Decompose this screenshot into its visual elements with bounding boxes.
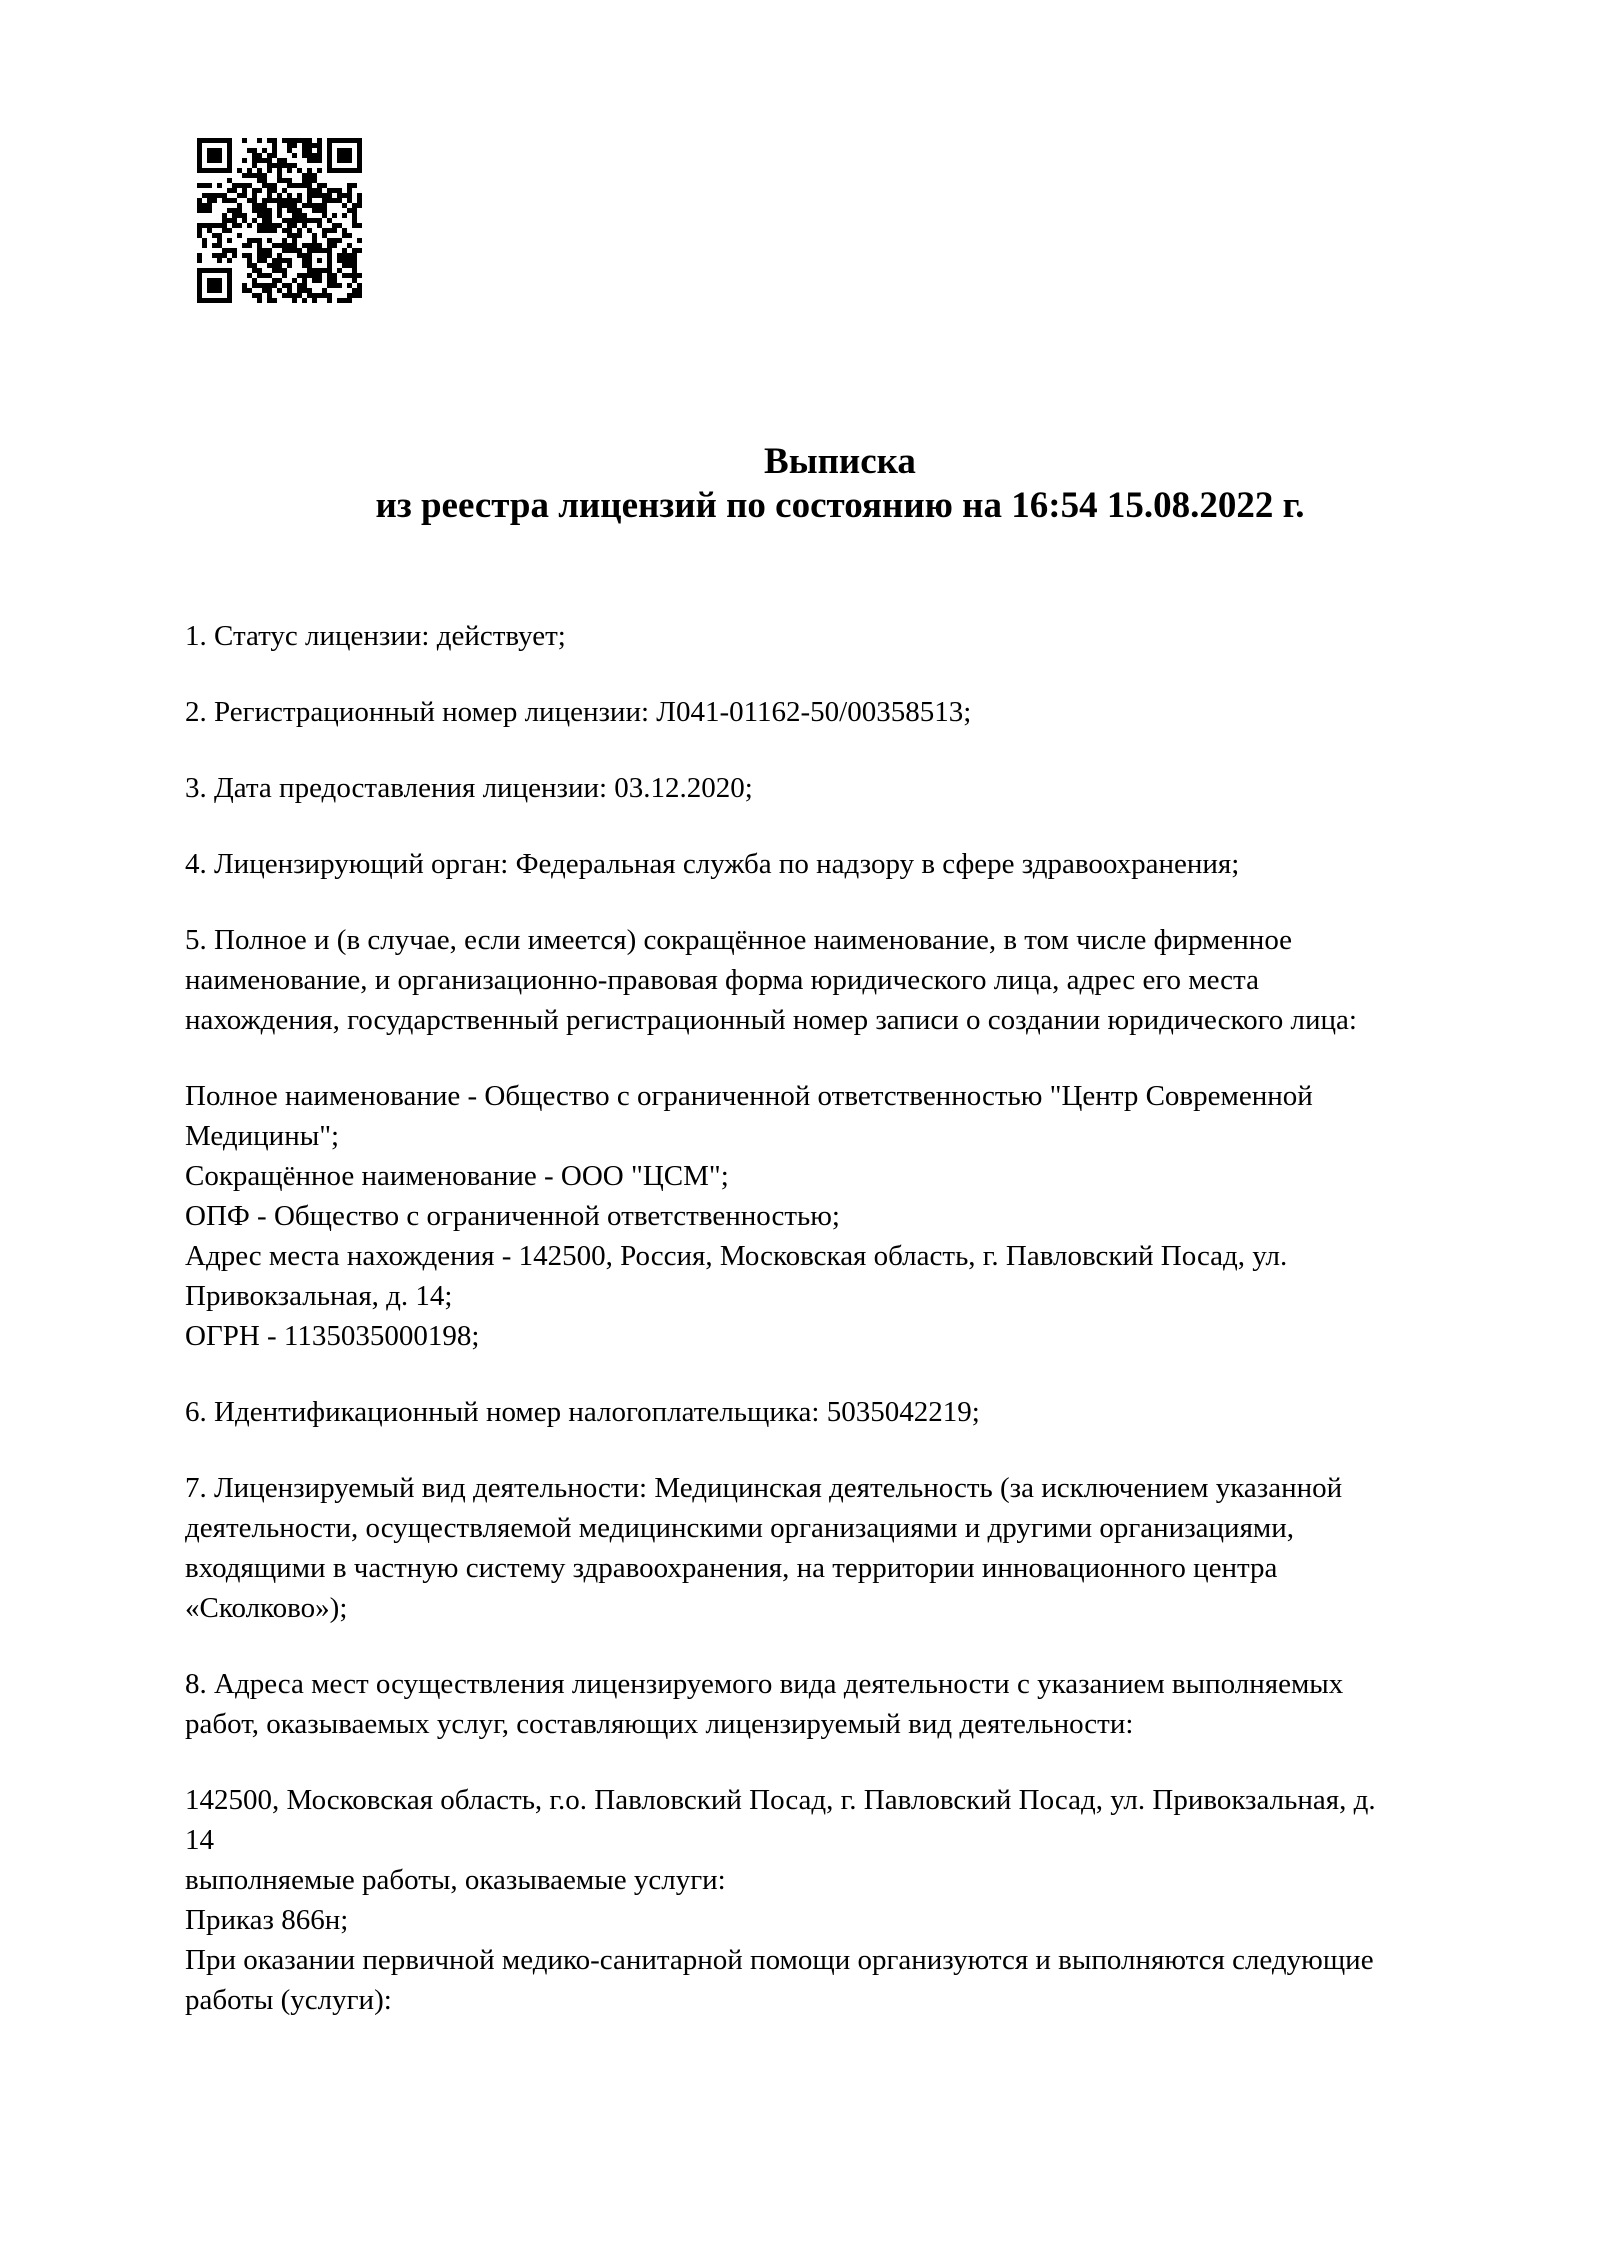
text-line: Приказ 866н; [185, 1900, 1495, 1940]
text-line: работы (услуги): [185, 1980, 1495, 2020]
text-line: 1. Статус лицензии: действует; [185, 616, 1495, 656]
text-line: наименование, и организационно-правовая … [185, 960, 1495, 1000]
paragraph: 1. Статус лицензии: действует; [185, 616, 1495, 656]
text-line: выполняемые работы, оказываемые услуги: [185, 1860, 1495, 1900]
paragraph: 7. Лицензируемый вид деятельности: Медиц… [185, 1468, 1495, 1628]
qr-code-image [197, 138, 362, 303]
text-line: ОГРН - 1135035000198; [185, 1316, 1495, 1356]
title-line-1: Выписка [185, 440, 1495, 484]
text-line: входящими в частную систему здравоохране… [185, 1548, 1495, 1588]
paragraph: 6. Идентификационный номер налогоплатель… [185, 1392, 1495, 1432]
document-title: Выписка из реестра лицензий по состоянию… [185, 440, 1495, 528]
paragraph: 3. Дата предоставления лицензии: 03.12.2… [185, 768, 1495, 808]
text-line: нахождения, государственный регистрацион… [185, 1000, 1495, 1040]
paragraph: 2. Регистрационный номер лицензии: Л041-… [185, 692, 1495, 732]
text-line: 3. Дата предоставления лицензии: 03.12.2… [185, 768, 1495, 808]
document-body: 1. Статус лицензии: действует;2. Регистр… [185, 616, 1495, 2020]
title-line-2: из реестра лицензий по состоянию на 16:5… [185, 484, 1495, 528]
paragraph: 4. Лицензирующий орган: Федеральная служ… [185, 844, 1495, 884]
text-line: ОПФ - Общество с ограниченной ответствен… [185, 1196, 1495, 1236]
paragraph: 8. Адреса мест осуществления лицензируем… [185, 1664, 1495, 1744]
text-line: «Сколково»); [185, 1588, 1495, 1628]
paragraph: 5. Полное и (в случае, если имеется) сок… [185, 920, 1495, 1040]
text-line: 14 [185, 1820, 1495, 1860]
paragraph: Полное наименование - Общество с огранич… [185, 1076, 1495, 1356]
text-line: Медицины"; [185, 1116, 1495, 1156]
text-line: Адрес места нахождения - 142500, Россия,… [185, 1236, 1495, 1276]
text-line: 4. Лицензирующий орган: Федеральная служ… [185, 844, 1495, 884]
document-content: Выписка из реестра лицензий по состоянию… [185, 440, 1495, 2056]
text-line: 2. Регистрационный номер лицензии: Л041-… [185, 692, 1495, 732]
document-page: Выписка из реестра лицензий по состоянию… [0, 0, 1600, 2264]
text-line: работ, оказываемых услуг, составляющих л… [185, 1704, 1495, 1744]
text-line: При оказании первичной медико-санитарной… [185, 1940, 1495, 1980]
text-line: 5. Полное и (в случае, если имеется) сок… [185, 920, 1495, 960]
text-line: Привокзальная, д. 14; [185, 1276, 1495, 1316]
text-line: деятельности, осуществляемой медицинским… [185, 1508, 1495, 1548]
paragraph: 142500, Московская область, г.о. Павловс… [185, 1780, 1495, 2020]
text-line: Сокращённое наименование - ООО "ЦСМ"; [185, 1156, 1495, 1196]
text-line: Полное наименование - Общество с огранич… [185, 1076, 1495, 1116]
text-line: 7. Лицензируемый вид деятельности: Медиц… [185, 1468, 1495, 1508]
text-line: 142500, Московская область, г.о. Павловс… [185, 1780, 1495, 1820]
text-line: 8. Адреса мест осуществления лицензируем… [185, 1664, 1495, 1704]
text-line: 6. Идентификационный номер налогоплатель… [185, 1392, 1495, 1432]
